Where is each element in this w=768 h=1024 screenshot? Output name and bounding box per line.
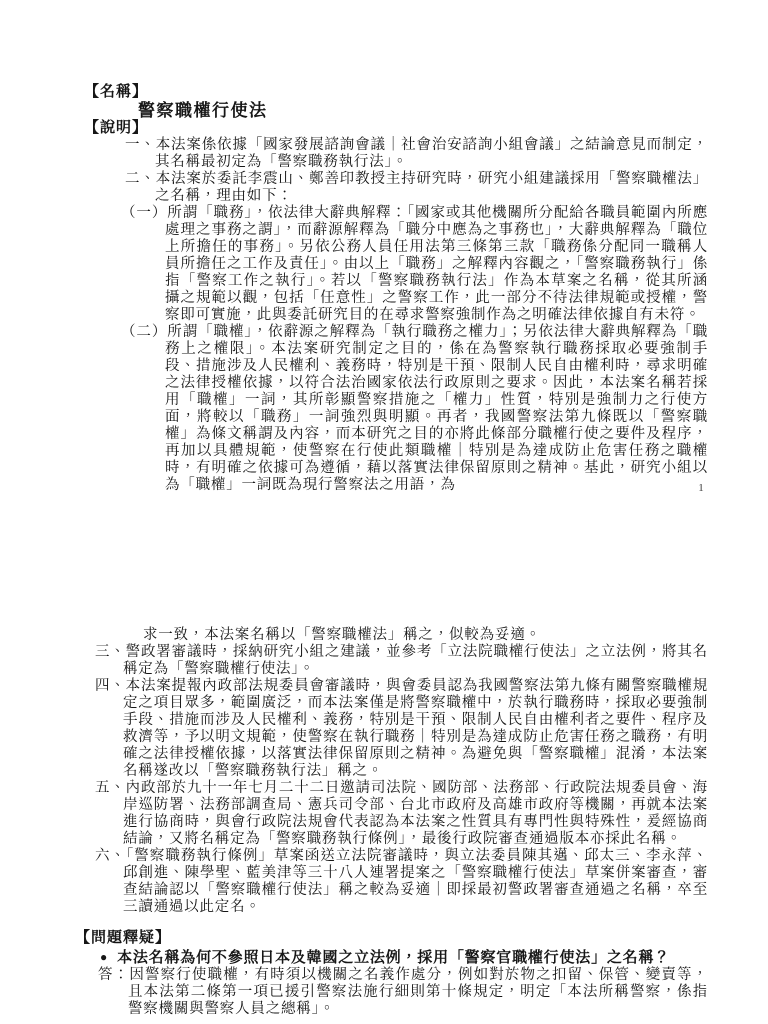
list-marker: 二、: [125, 171, 156, 187]
page-number: 1: [694, 481, 708, 495]
explanation-subitem-1: （一）所謂「職務」，依法律大辭典解釋：「國家或其他機關所分配給各職員範圍內所應處…: [121, 205, 708, 324]
list-marker: 四、: [95, 678, 126, 694]
explanation-section-header: 【說明】: [84, 120, 708, 137]
list-marker: （二）: [121, 324, 167, 340]
qa-question-line: ●本法名稱為何不參照日本及韓國之立法例，採用「警察官職權行使法」之名稱？: [100, 949, 708, 967]
explanation-item-6: 六、「警察職務執行條例」草案函送立法院審議時，與立法委員陳其邁、邱太三、李永萍、…: [95, 848, 708, 916]
page2-text-block: 求一致，本法案名稱以「警察職權法」稱之，似較為妥適。 三、警政署審議時，採納研究…: [65, 627, 708, 916]
list-item-text: 「警察職務執行條例」草案函送立法院審議時，與立法委員陳其邁、邱太三、李永萍、邱創…: [123, 848, 708, 915]
list-item-text: 本法案提報內政部法規委員會審議時，與會委員認為我國警察法第九條有關警察職權規定之…: [123, 678, 708, 779]
qa-section-header: 【問題釋疑】: [75, 930, 708, 947]
list-marker: 六、: [95, 848, 126, 864]
qa-section: 【問題釋疑】 ●本法名稱為何不參照日本及韓國之立法例，採用「警察官職權行使法」之…: [75, 930, 708, 1018]
explanation-item-5: 五、內政部於九十一年七月二十二日邀請司法院、國防部、法務部、行政院法規委員會、海…: [95, 780, 708, 848]
explanation-item-3: 三、警政署審議時，採納研究小組之建議，並參考「立法院職權行使法」之立法例，將其名…: [95, 644, 708, 678]
qa-answer: 答：因警察行使職權，有時須以機關之名義作處分，例如對於物之扣留、保管、變賣等，且…: [98, 967, 708, 1018]
name-section-header: 【名稱】: [84, 84, 708, 101]
explanation-subitem-2: （二）所謂「職權」，依辭源之解釋為「執行職務之權力」；另依法律大辭典解釋為「職務…: [121, 324, 708, 494]
explanation-continuation: 求一致，本法案名稱以「警察職權法」稱之，似較為妥適。: [143, 627, 708, 644]
page1-text-block: 【名稱】 警察職權行使法 【說明】 一、本法案係依據「國家發展諮詢會議｜社會治安…: [84, 84, 708, 494]
list-marker: 三、: [95, 644, 126, 660]
list-item-text: 本法案係依據「國家發展諮詢會議｜社會治安諮詢小組會議」之結論意見而制定，其名稱最…: [155, 137, 708, 170]
qa-answer-text: 因警察行使職權，有時須以機關之名義作處分，例如對於物之扣留、保管、變賣等，且本法…: [128, 967, 708, 1017]
list-marker: （一）: [121, 205, 167, 221]
list-item-text: 本法案於委託李震山、鄭善印教授主持研究時，研究小組建議採用「警察職權法」之名稱，…: [155, 171, 708, 204]
explanation-item-2: 二、本法案於委託李震山、鄭善印教授主持研究時，研究小組建議採用「警察職權法」之名…: [125, 171, 708, 205]
list-item-text: 內政部於九十一年七月二十二日邀請司法院、國防部、法務部、行政院法規委員會、海岸巡…: [123, 780, 708, 847]
explanation-item-1: 一、本法案係依據「國家發展諮詢會議｜社會治安諮詢小組會議」之結論意見而制定，其名…: [125, 137, 708, 171]
explanation-item-4: 四、本法案提報內政部法規委員會審議時，與會委員認為我國警察法第九條有關警察職權規…: [95, 678, 708, 780]
list-marker: 五、: [95, 780, 126, 796]
list-item-text: 所謂「職權」，依辭源之解釋為「執行職務之權力」；另依法律大辭典解釋為「職務上之權…: [165, 324, 708, 493]
list-item-text: 警政署審議時，採納研究小組之建議，並參考「立法院職權行使法」之立法例，將其名稱定…: [123, 644, 708, 677]
answer-marker: 答：: [98, 967, 129, 983]
list-marker: 一、: [125, 137, 156, 153]
document-title: 警察職權行使法: [138, 101, 708, 120]
list-item-text: 所謂「職務」，依法律大辭典解釋：「國家或其他機關所分配給各職員範圍內所應處理之事…: [165, 205, 708, 323]
bullet-icon: ●: [100, 950, 108, 964]
document-page: 【名稱】 警察職權行使法 【說明】 一、本法案係依據「國家發展諮詢會議｜社會治安…: [0, 0, 768, 1024]
qa-question-text: 本法名稱為何不參照日本及韓國之立法例，採用「警察官職權行使法」之名稱？: [117, 950, 670, 966]
